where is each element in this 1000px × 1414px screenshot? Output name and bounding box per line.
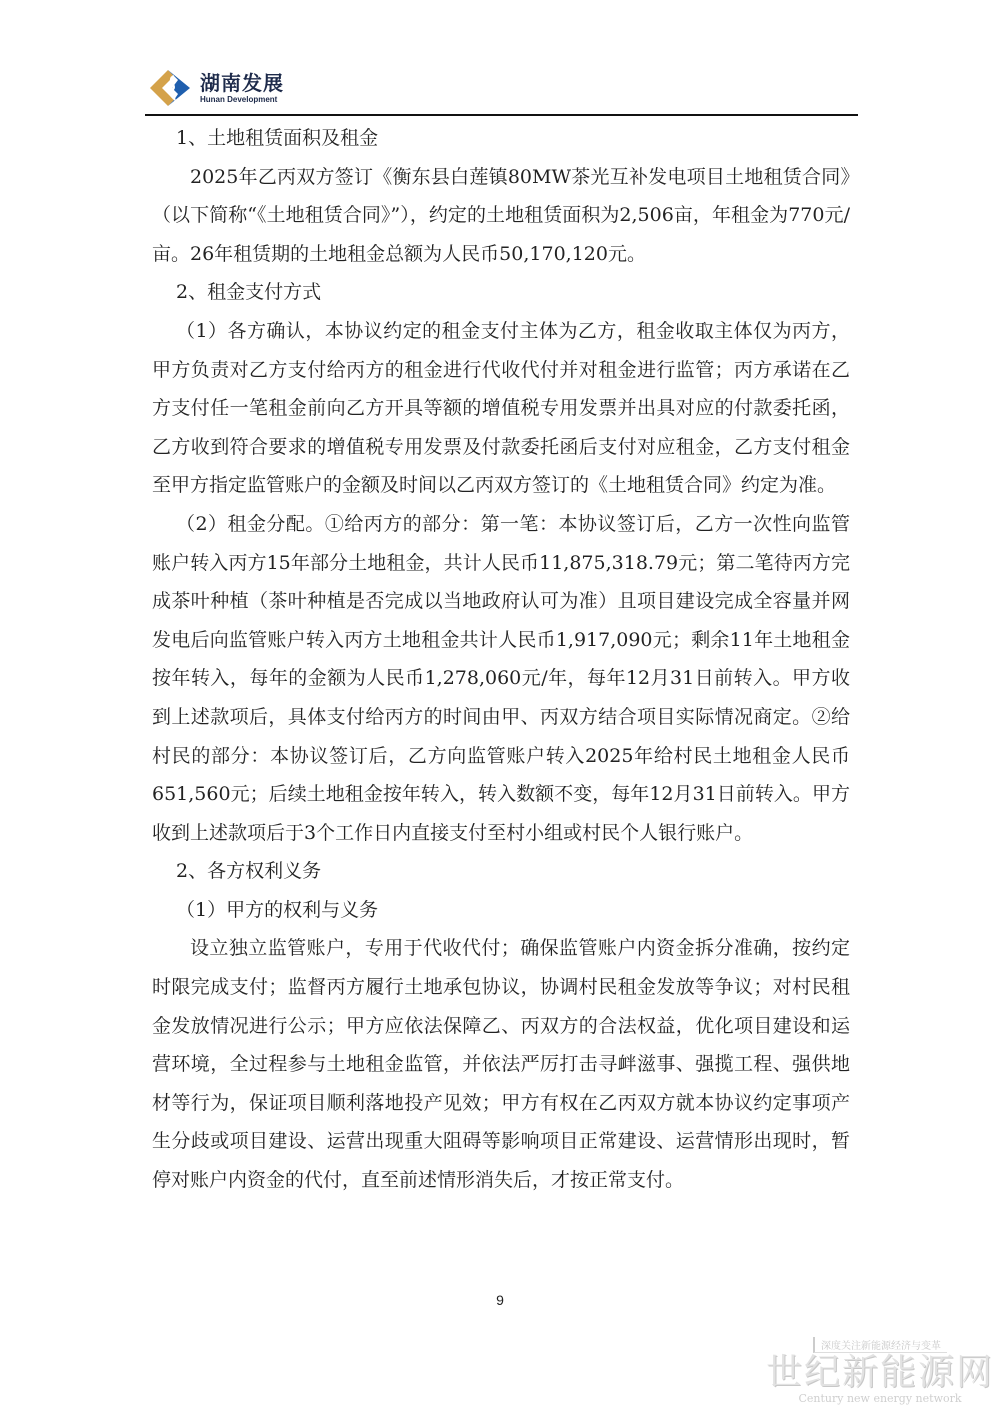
- section-heading-rights-obligations: 2、各方权利义务: [152, 852, 850, 891]
- watermark-name-cn: 世纪新能源网: [760, 1353, 1000, 1393]
- watermark-name-en: Century new energy network: [760, 1393, 1000, 1405]
- section-heading-land-lease: 1、土地租赁面积及租金: [152, 119, 850, 158]
- document-header: 湖南发展 Hunan Development: [148, 66, 284, 110]
- page-number: 9: [0, 1292, 1000, 1308]
- logo-name-en: Hunan Development: [200, 95, 284, 105]
- watermark: 深度关注新能源经济与变革 世纪新能源网 Century new energy n…: [760, 1334, 1000, 1405]
- paragraph-lease-area-rent: 2025年乙丙双方签订《衡东县白莲镇80MW茶光互补发电项目土地租赁合同》（以下…: [152, 158, 850, 274]
- section-heading-payment-method: 2、租金支付方式: [152, 273, 850, 312]
- paragraph-party-a-duties: 设立独立监管账户，专用于代收代付；确保监管账户内资金拆分准确，按约定时限完成支付…: [152, 929, 850, 1199]
- watermark-tagline: 深度关注新能源经济与变革: [813, 1337, 947, 1353]
- document-body: 1、土地租赁面积及租金 2025年乙丙双方签订《衡东县白莲镇80MW茶光互补发电…: [152, 119, 850, 1200]
- logo-text: 湖南发展 Hunan Development: [200, 72, 284, 105]
- paragraph-rent-distribution: （2）租金分配。①给丙方的部分：第一笔：本协议签订后，乙方一次性向监管账户转入丙…: [152, 505, 850, 852]
- hunan-development-logo-icon: [148, 66, 192, 110]
- subsection-heading-party-a: （1）甲方的权利与义务: [152, 891, 850, 930]
- header-divider: [145, 114, 858, 116]
- logo-name-cn: 湖南发展: [200, 72, 284, 94]
- paragraph-payment-subject: （1）各方确认，本协议约定的租金支付主体为乙方，租金收取主体仅为丙方，甲方负责对…: [152, 312, 850, 505]
